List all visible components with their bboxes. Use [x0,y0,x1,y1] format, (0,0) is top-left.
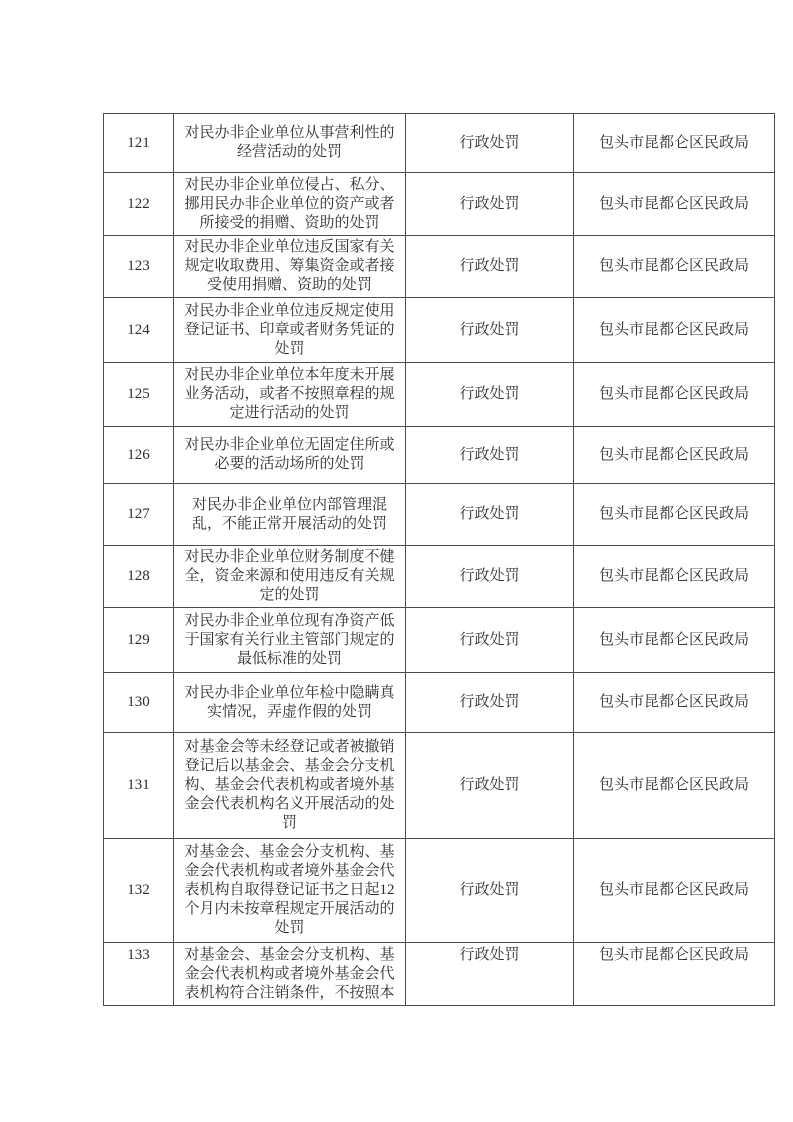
table-row: 121对民办非企业单位从事营利性的经营活动的处罚行政处罚包头市昆都仑区民政局 [104,114,775,173]
row-number-cell: 131 [104,733,174,839]
penalty-type-cell: 行政处罚 [406,427,574,484]
row-number-cell: 123 [104,236,174,298]
authority-cell: 包头市昆都仑区民政局 [574,427,775,484]
penalty-type-cell: 行政处罚 [406,673,574,733]
matter-cell: 对基金会、基金会分支机构、基金会代表机构或者境外基金会代表机构自取得登记证书之日… [174,839,406,943]
table-row: 127对民办非企业单位内部管理混乱，不能正常开展活动的处罚行政处罚包头市昆都仑区… [104,484,775,546]
table-row: 122对民办非企业单位侵占、私分、挪用民办非企业单位的资产或者所接受的捐赠、资助… [104,173,775,236]
row-number-cell: 122 [104,173,174,236]
authority-cell: 包头市昆都仑区民政局 [574,173,775,236]
table-row: 132对基金会、基金会分支机构、基金会代表机构或者境外基金会代表机构自取得登记证… [104,839,775,943]
row-number-cell: 127 [104,484,174,546]
matter-cell: 对民办非企业单位违反国家有关规定收取费用、筹集资金或者接受使用捐赠、资助的处罚 [174,236,406,298]
matter-cell: 对民办非企业单位无固定住所或必要的活动场所的处罚 [174,427,406,484]
row-number-cell: 133 [104,943,174,1006]
document-page: { "colors": { "text": "#2d2d2d", "border… [0,0,793,1122]
penalty-type-cell: 行政处罚 [406,546,574,608]
penalty-type-cell: 行政处罚 [406,733,574,839]
table-row: 124对民办非企业单位违反规定使用登记证书、印章或者财务凭证的处罚行政处罚包头市… [104,298,775,363]
table-row: 133对基金会、基金会分支机构、基金会代表机构或者境外基金会代表机构符合注销条件… [104,943,775,1006]
authority-cell: 包头市昆都仑区民政局 [574,839,775,943]
table-row: 130对民办非企业单位年检中隐瞒真实情况，弄虚作假的处罚行政处罚包头市昆都仑区民… [104,673,775,733]
row-number-cell: 128 [104,546,174,608]
matter-cell: 对基金会、基金会分支机构、基金会代表机构或者境外基金会代表机构符合注销条件，不按… [174,943,406,1006]
table-row: 131对基金会等未经登记或者被撤销登记后以基金会、基金会分支机构、基金会代表机构… [104,733,775,839]
table-row: 123对民办非企业单位违反国家有关规定收取费用、筹集资金或者接受使用捐赠、资助的… [104,236,775,298]
matter-cell: 对民办非企业单位内部管理混乱，不能正常开展活动的处罚 [174,484,406,546]
table-row: 128对民办非企业单位财务制度不健全，资金来源和使用违反有关规定的处罚行政处罚包… [104,546,775,608]
row-number-cell: 126 [104,427,174,484]
table-row: 129对民办非企业单位现有净资产低于国家有关行业主管部门规定的最低标准的处罚行政… [104,608,775,673]
penalty-type-cell: 行政处罚 [406,236,574,298]
matter-cell: 对基金会等未经登记或者被撤销登记后以基金会、基金会分支机构、基金会代表机构或者境… [174,733,406,839]
authority-cell: 包头市昆都仑区民政局 [574,673,775,733]
matter-cell: 对民办非企业单位现有净资产低于国家有关行业主管部门规定的最低标准的处罚 [174,608,406,673]
penalties-table: 121对民办非企业单位从事营利性的经营活动的处罚行政处罚包头市昆都仑区民政局12… [103,113,775,1006]
table-row: 126对民办非企业单位无固定住所或必要的活动场所的处罚行政处罚包头市昆都仑区民政… [104,427,775,484]
table-row: 125对民办非企业单位本年度未开展业务活动，或者不按照章程的规定进行活动的处罚行… [104,363,775,427]
authority-cell: 包头市昆都仑区民政局 [574,236,775,298]
authority-cell: 包头市昆都仑区民政局 [574,484,775,546]
penalty-type-cell: 行政处罚 [406,943,574,1006]
row-number-cell: 129 [104,608,174,673]
matter-cell: 对民办非企业单位本年度未开展业务活动，或者不按照章程的规定进行活动的处罚 [174,363,406,427]
penalty-type-cell: 行政处罚 [406,114,574,173]
penalty-type-cell: 行政处罚 [406,298,574,363]
penalty-type-cell: 行政处罚 [406,608,574,673]
matter-cell: 对民办非企业单位违反规定使用登记证书、印章或者财务凭证的处罚 [174,298,406,363]
penalty-type-cell: 行政处罚 [406,839,574,943]
authority-cell: 包头市昆都仑区民政局 [574,114,775,173]
penalties-table-body: 121对民办非企业单位从事营利性的经营活动的处罚行政处罚包头市昆都仑区民政局12… [104,114,775,1006]
penalties-table-container: 121对民办非企业单位从事营利性的经营活动的处罚行政处罚包头市昆都仑区民政局12… [103,113,774,1006]
row-number-cell: 125 [104,363,174,427]
authority-cell: 包头市昆都仑区民政局 [574,546,775,608]
authority-cell: 包头市昆都仑区民政局 [574,298,775,363]
matter-cell: 对民办非企业单位从事营利性的经营活动的处罚 [174,114,406,173]
authority-cell: 包头市昆都仑区民政局 [574,363,775,427]
row-number-cell: 124 [104,298,174,363]
penalty-type-cell: 行政处罚 [406,484,574,546]
row-number-cell: 130 [104,673,174,733]
matter-cell: 对民办非企业单位侵占、私分、挪用民办非企业单位的资产或者所接受的捐赠、资助的处罚 [174,173,406,236]
authority-cell: 包头市昆都仑区民政局 [574,733,775,839]
penalty-type-cell: 行政处罚 [406,173,574,236]
penalty-type-cell: 行政处罚 [406,363,574,427]
row-number-cell: 132 [104,839,174,943]
matter-cell: 对民办非企业单位财务制度不健全，资金来源和使用违反有关规定的处罚 [174,546,406,608]
matter-cell: 对民办非企业单位年检中隐瞒真实情况，弄虚作假的处罚 [174,673,406,733]
row-number-cell: 121 [104,114,174,173]
authority-cell: 包头市昆都仑区民政局 [574,943,775,1006]
authority-cell: 包头市昆都仑区民政局 [574,608,775,673]
